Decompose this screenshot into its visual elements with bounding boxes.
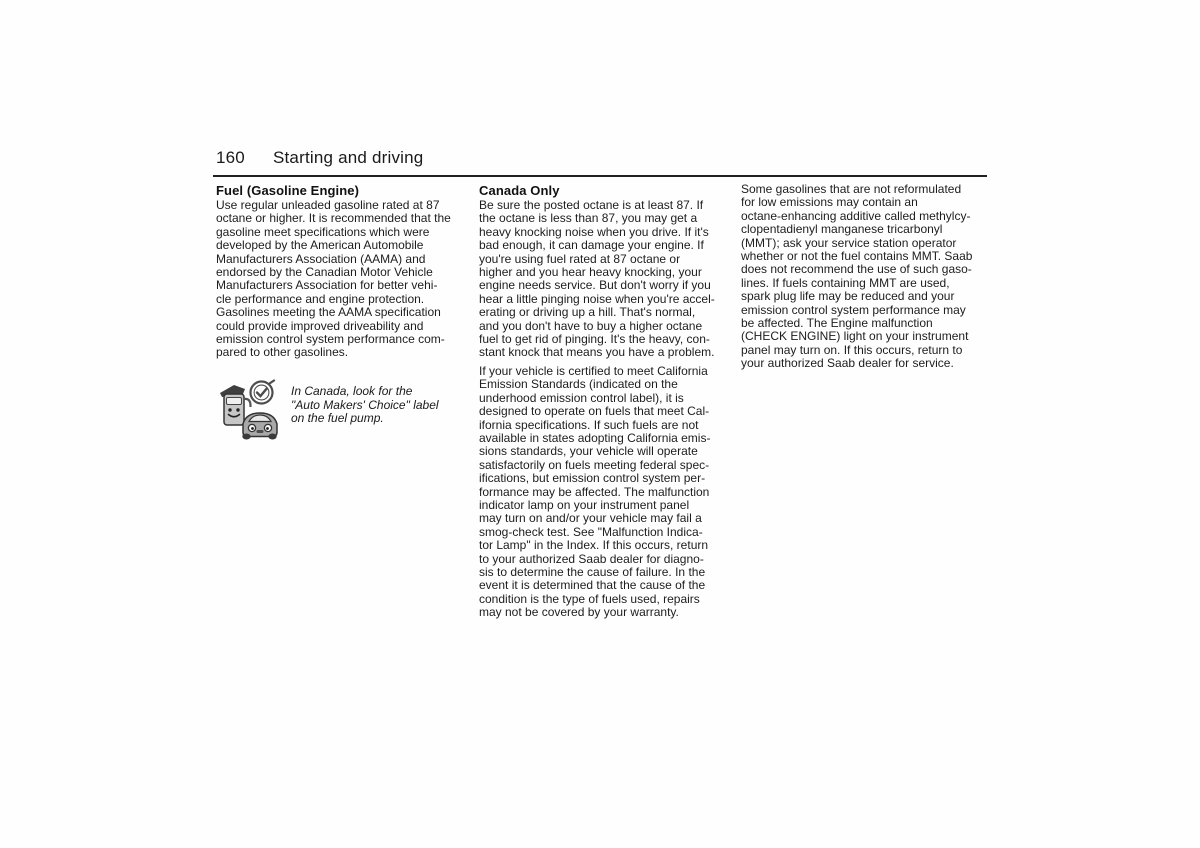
section-title: Starting and driving <box>273 148 423 168</box>
fuel-paragraph: Use regular unleaded gasoline rated at 8… <box>216 199 468 360</box>
page-number: 160 <box>216 148 245 168</box>
canada-label-note-text: In Canada, look for the "Auto Makers' Ch… <box>291 385 439 426</box>
page-header: 160 Starting and driving <box>216 148 423 168</box>
canada-only-heading: Canada Only <box>479 183 731 199</box>
canada-only-paragraph-2: If your vehicle is certified to meet Cal… <box>479 365 731 620</box>
column-mmt-gasolines: Some gasolines that are not reformulated… <box>741 183 993 371</box>
fuel-pump-car-approval-icon <box>216 379 278 441</box>
mmt-paragraph: Some gasolines that are not reformulated… <box>741 183 993 371</box>
fuel-heading: Fuel (Gasoline Engine) <box>216 183 468 199</box>
header-rule <box>213 175 987 177</box>
column-fuel-gasoline-engine: Fuel (Gasoline Engine) Use regular unlea… <box>216 183 468 441</box>
canada-label-note: In Canada, look for the "Auto Makers' Ch… <box>216 379 468 441</box>
column-canada-only: Canada Only Be sure the posted octane is… <box>479 183 731 620</box>
canada-only-paragraph-1: Be sure the posted octane is at least 87… <box>479 199 731 360</box>
